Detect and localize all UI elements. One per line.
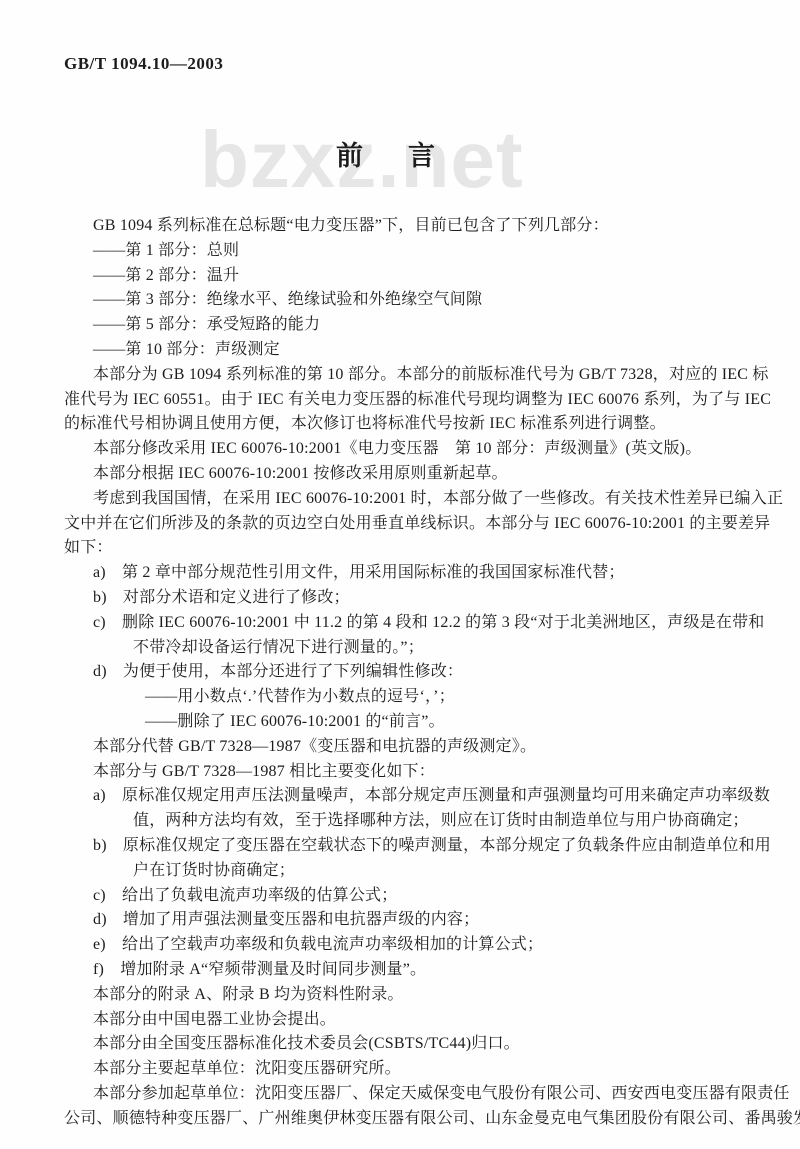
text-line: 本部分根据 IEC 60076-10:2001 按修改采用原则重新起草。 (0, 462, 800, 487)
text-line: 本部分修改采用 IEC 60076-10:2001《电力变压器 第 10 部分：… (0, 437, 800, 462)
text-line: ——第 3 部分：绝缘水平、绝缘试验和外绝缘空气间隙 (0, 288, 800, 313)
text-line: 的标准代号相协调且使用方便，本次修订也将标准代号按新 IEC 标准系列进行调整。 (0, 412, 800, 437)
text-line: d) 增加了用声强法测量变压器和电抗器声级的内容； (0, 908, 800, 933)
text-line: 本部分与 GB/T 7328—1987 相比主要变化如下： (0, 760, 800, 785)
text-line: c) 给出了负载电流声功率级的估算公式； (0, 884, 800, 909)
text-line: 本部分的附录 A、附录 B 均为资料性附录。 (0, 983, 800, 1008)
text-line: ——第 1 部分：总则 (0, 239, 800, 264)
foreword-body: GB 1094 系列标准在总标题“电力变压器”下，目前已包含了下列几部分：——第… (0, 214, 800, 1131)
text-line: b) 原标准仅规定了变压器在空载状态下的噪声测量，本部分规定了负载条件应由制造单… (0, 834, 800, 859)
text-line: 考虑到我国国情，在采用 IEC 60076-10:2001 时，本部分做了一些修… (0, 487, 800, 512)
text-line: 文中并在它们所涉及的条款的页边空白处用垂直单线标识。本部分与 IEC 60076… (0, 512, 800, 537)
text-line: 不带冷却设备运行情况下进行测量的。”； (0, 636, 800, 661)
text-line: 如下： (0, 536, 800, 561)
text-line: f) 增加附录 A“窄频带测量及时间同步测量”。 (0, 958, 800, 983)
standard-number: GB/T 1094.10—2003 (64, 54, 223, 74)
text-line: 本部分参加起草单位：沈阳变压器厂、保定天威保变电气股份有限公司、西安西电变压器有… (0, 1082, 800, 1107)
text-line: 准代号为 IEC 60551。由于 IEC 有关电力变压器的标准代号现均调整为 … (0, 388, 800, 413)
text-line: 公司、顺德特种变压器厂、广州维奥伊林变压器有限公司、山东金曼克电气集团股份有限公… (0, 1107, 800, 1132)
document-page: GB/T 1094.10—2003 bzxz.net 前 言 GB 1094 系… (0, 0, 800, 1149)
text-line: e) 给出了空载声功率级和负载电流声功率级相加的计算公式； (0, 933, 800, 958)
page-title: 前 言 (0, 134, 780, 173)
text-line: ——第 10 部分：声级测定 (0, 338, 800, 363)
text-line: d) 为便于使用，本部分还进行了下列编辑性修改： (0, 660, 800, 685)
text-line: 本部分由中国电器工业协会提出。 (0, 1008, 800, 1033)
text-line: 本部分为 GB 1094 系列标准的第 10 部分。本部分的前版标准代号为 GB… (0, 363, 800, 388)
text-line: ——第 5 部分：承受短路的能力 (0, 313, 800, 338)
text-line: 本部分由全国变压器标准化技术委员会(CSBTS/TC44)归口。 (0, 1032, 800, 1057)
text-line: 户在订货时协商确定； (0, 859, 800, 884)
text-line: 值，两种方法均有效，至于选择哪种方法，则应在订货时由制造单位与用户协商确定； (0, 809, 800, 834)
text-line: c) 删除 IEC 60076-10:2001 中 11.2 的第 4 段和 1… (0, 611, 800, 636)
text-line: b) 对部分术语和定义进行了修改； (0, 586, 800, 611)
text-line: GB 1094 系列标准在总标题“电力变压器”下，目前已包含了下列几部分： (0, 214, 800, 239)
text-line: 本部分主要起草单位：沈阳变压器研究所。 (0, 1057, 800, 1082)
text-line: 本部分代替 GB/T 7328—1987《变压器和电抗器的声级测定》。 (0, 735, 800, 760)
text-line: a) 第 2 章中部分规范性引用文件，用采用国际标准的我国国家标准代替； (0, 561, 800, 586)
text-line: ——第 2 部分：温升 (0, 264, 800, 289)
text-line: ——用小数点‘.’代替作为小数点的逗号‘，’； (0, 685, 800, 710)
text-line: a) 原标准仅规定用声压法测量噪声，本部分规定声压测量和声强测量均可用来确定声功… (0, 784, 800, 809)
text-line: ——删除了 IEC 60076-10:2001 的“前言”。 (0, 710, 800, 735)
